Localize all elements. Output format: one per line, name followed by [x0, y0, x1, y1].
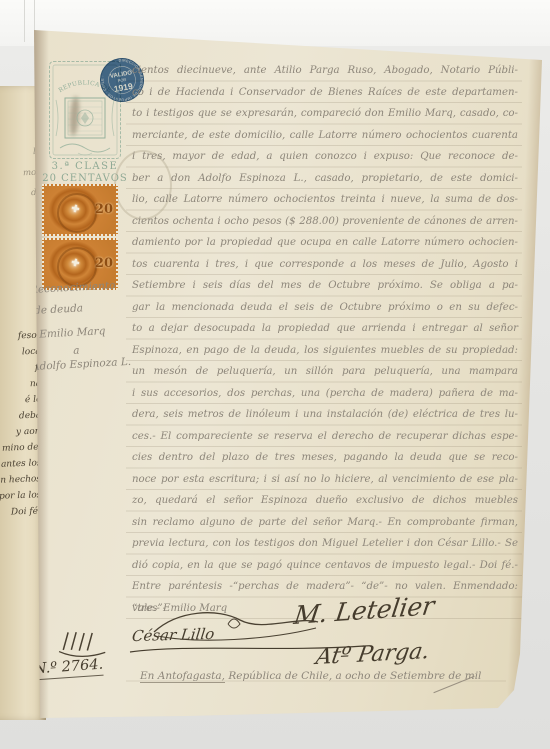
signature-notary-parga: Atº Parga. — [314, 641, 431, 669]
deed-number: N.º 2764. — [33, 658, 103, 680]
deed-line: i tres, mayor de edad, a quien conozco i… — [132, 146, 518, 168]
closing-rest: República de Chile, a ocho de Setiembre … — [225, 670, 481, 682]
deed-line: cientos diecinueve, ante Atilio Parga Ru… — [132, 60, 518, 82]
revenue-denomination: 20 — [95, 257, 113, 270]
scanned-notary-page: lemosdea fesoslocafinaé lodebay aonmino … — [0, 0, 550, 749]
prev-page-fragment: y aon — [16, 428, 41, 438]
tally-marks — [57, 627, 110, 660]
deed-line: dió copia, en la que se pagó quince cent… — [132, 555, 518, 577]
closing-line: En Antofagasta, República de Chile, a oc… — [140, 670, 481, 683]
deed-line: cientos ochenta i ocho pesos ($ 288.00) … — [132, 211, 518, 233]
deed-line: to a dejar desocupada la propiedad que a… — [132, 318, 518, 340]
prev-page-fragment: en hechos — [0, 475, 41, 486]
deed-line: gar la mencionada deuda el seis de Octub… — [132, 297, 518, 319]
deed-line: Espinoza, en pago de la deuda, los sigui… — [132, 340, 518, 362]
margin-note-line: de deuda — [34, 299, 147, 316]
deed-line: i sus accesorios, dos perchas, una (perc… — [132, 383, 518, 405]
deed-line: co i de Hacienda i Conservador de Bienes… — [132, 82, 518, 104]
prev-page-ink-fragments: fesoslocafinaé lodebay aonmino delantes … — [0, 332, 41, 517]
prev-page-fragment: por la los — [0, 491, 41, 501]
deed-line: damiento por la propiedad que ocupa en c… — [132, 232, 518, 254]
deed-line: cies dentro del plazo de tres meses, pag… — [132, 447, 518, 469]
deed-line: un mesón de peluquería, un sillón para p… — [132, 361, 518, 383]
prev-page-fragment: antes los — [0, 459, 41, 469]
deed-line: noce por esta escritura; i si así no lo … — [132, 469, 518, 491]
revenue-stamp: 20 ✚ — [42, 184, 118, 236]
deed-line: sin reclamo alguno de parte del señor Ma… — [132, 512, 518, 534]
deed-line: merciante, de este domicilio, calle Lato… — [132, 125, 518, 147]
deed-line: zo, quedará el señor Espinoza dueño excl… — [132, 490, 518, 512]
deed-line: tos cuarenta i tres, i que corresponde a… — [132, 254, 518, 276]
prev-page-fragment: mino del — [1, 443, 41, 453]
revenue-stamp-pair: 20 ✚ 20 ✚ — [42, 184, 118, 290]
deed-line: previa lectura, con los testigos don Mig… — [132, 533, 518, 555]
deed-line: dera, seis metros de linóleum i una inst… — [132, 404, 518, 426]
sheet-edge-line — [24, 0, 25, 42]
closing-place: En Antofagasta, — [140, 670, 225, 683]
deed-page: - 269 - REPUBLICA DE CHILE 3.ª CLASE — [26, 22, 544, 722]
deed-line: ces.- El compareciente se reserva el der… — [132, 426, 518, 448]
revenue-denomination: 20 — [95, 203, 113, 216]
deed-line: Setiembre i seis días del mes de Octubre… — [132, 275, 518, 297]
deed-line: Entre paréntesis -“perchas de madera”- “… — [132, 576, 518, 598]
deed-line: to i testigos que se expresarán, compare… — [132, 103, 518, 125]
deed-line: lio, calle Latorre número ochocientos tr… — [132, 189, 518, 211]
deed-text: cientos diecinueve, ante Atilio Parga Ru… — [132, 60, 518, 619]
prev-page-fragment: Doi fé- — [11, 507, 41, 517]
deed-line: ber a don Adolfo Espinoza L., casado, pr… — [132, 168, 518, 190]
